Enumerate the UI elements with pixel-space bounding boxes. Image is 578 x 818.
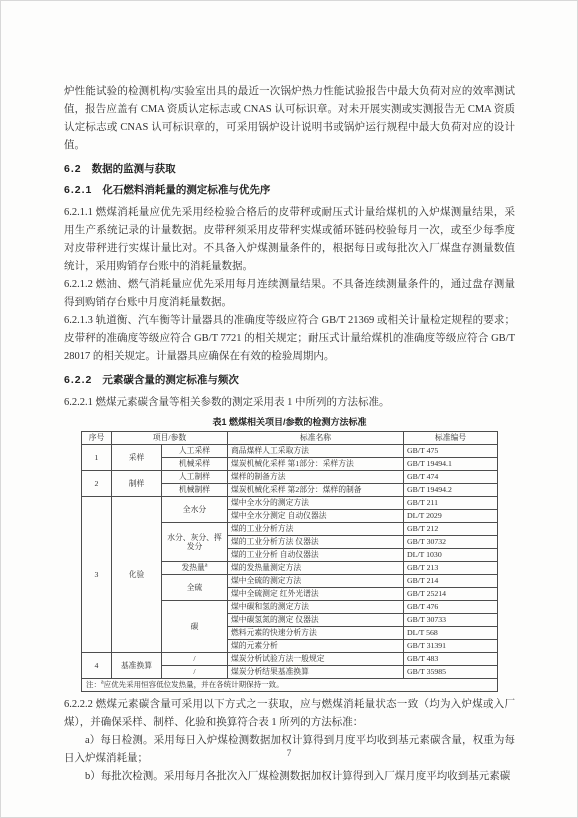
table-cell-std-name: 煤样的制备方法 — [228, 471, 404, 484]
table-cell-std-code: DL/T 568 — [404, 627, 498, 640]
table-cell-std-name: 煤的工业分析方法 仪器法 — [228, 536, 404, 549]
table-cell-std-name: 煤炭机械化采样 第2部分：煤样的制备 — [228, 484, 404, 497]
paragraph-6-2-1-1: 6.2.1.1 燃煤消耗量应优先采用经检验合格后的皮带秤或耐压式计量给煤机的入炉… — [64, 204, 515, 276]
table-cell-sub: 水分、灰分、挥发分 — [161, 523, 227, 562]
table-cell-std-code: GB/T 30733 — [404, 614, 498, 627]
table-cell-std-name: 商品煤样人工采取方法 — [228, 445, 404, 458]
table-cell-std-name: 燃料元素的快速分析方法 — [228, 627, 404, 640]
table-cell-std-code: GB/T 30732 — [404, 536, 498, 549]
page-content: 炉性能试验的检测机构/实验室出具的最近一次锅炉热力性能试验报告中最大负荷对应的效… — [64, 83, 515, 786]
table-cell-no: 3 — [81, 497, 111, 653]
intro-paragraph: 炉性能试验的检测机构/实验室出具的最近一次锅炉热力性能试验报告中最大负荷对应的效… — [64, 83, 515, 155]
table-cell-no: 4 — [81, 653, 111, 679]
table-cell-sub: / — [161, 653, 227, 666]
paragraph-6-2-2-1: 6.2.2.1 燃煤元素碳含量等相关参数的测定采用表 1 中所列的方法标准。 — [64, 394, 515, 412]
section-title: 化石燃料消耗量的测定标准与优先序 — [102, 183, 270, 197]
table-cell-std-code: GB/T 474 — [404, 471, 498, 484]
table-header-std-code: 标准编号 — [404, 432, 498, 445]
paragraph-6-2-1-2: 6.2.1.2 燃油、燃气消耗量应优先采用每月连续测量结果。不具备连续测量条件的… — [64, 276, 515, 312]
table-cell-no: 2 — [81, 471, 111, 497]
table-cell-item: 制样 — [111, 471, 161, 497]
table-cell-std-code: GB/T 19494.2 — [404, 484, 498, 497]
table-cell-std-code: DL/T 2029 — [404, 510, 498, 523]
table-cell-sub: 发热量a — [161, 562, 227, 575]
table-cell-std-name: 煤中碳和氢的测定方法 — [228, 601, 404, 614]
footnote-marker: a — [205, 562, 208, 568]
table-cell-std-code: GB/T 214 — [404, 575, 498, 588]
table-cell-std-name: 煤的发热量测定方法 — [228, 562, 404, 575]
table-cell-std-code: GB/T 475 — [404, 445, 498, 458]
table-cell-item: 化验 — [111, 497, 161, 653]
table-cell-sub: 人工制样 — [161, 471, 227, 484]
document-page: 炉性能试验的检测机构/实验室出具的最近一次锅炉热力性能试验报告中最大负荷对应的效… — [0, 0, 578, 818]
table-row: 4 基准换算 / 煤炭分析试验方法一般规定 GB/T 483 — [81, 653, 497, 666]
table-cell-std-code: GB/T 483 — [404, 653, 498, 666]
table-header-std-name: 标准名称 — [228, 432, 404, 445]
table-cell-std-name: 煤中全硫的测定方法 — [228, 575, 404, 588]
table-cell-sub: 碳 — [161, 601, 227, 653]
table-header-item: 项目/参数 — [111, 432, 227, 445]
paragraph-6-2-2-2: 6.2.2.2 燃煤元素碳含量可采用以下方式之一获取，应与燃煤消耗量状态一致（均… — [64, 696, 515, 732]
table-header-no: 序号 — [81, 432, 111, 445]
table-cell-std-code: GB/T 213 — [404, 562, 498, 575]
table-cell-std-code: GB/T 19494.1 — [404, 458, 498, 471]
table-cell-std-name: 煤中全水分测定 自动仪器法 — [228, 510, 404, 523]
table-cell-sub: / — [161, 666, 227, 679]
table-cell-std-code: GB/T 25214 — [404, 588, 498, 601]
section-number: 6.2.2 — [64, 373, 92, 387]
table-cell-std-name: 煤中碳氢氮的测定 仪器法 — [228, 614, 404, 627]
table-cell-std-name: 煤的工业分析 自动仪器法 — [228, 549, 404, 562]
section-heading-6-2-1: 6.2.1 化石燃料消耗量的测定标准与优先序 — [64, 183, 515, 197]
table-row: 3 化验 全水分 煤中全水分的测定方法 GB/T 211 — [81, 497, 497, 510]
table-note: 注：a应优先采用恒容低位发热量，并在各统计期保持一致。 — [81, 679, 497, 692]
table-cell-no: 1 — [81, 445, 111, 471]
table-cell-std-name: 煤中全水分的测定方法 — [228, 497, 404, 510]
table-cell-std-code: GB/T 31391 — [404, 640, 498, 653]
table-cell-sub: 机械采样 — [161, 458, 227, 471]
table-cell-sub: 全硫 — [161, 575, 227, 601]
section-number: 6.2 — [64, 162, 82, 176]
table-row: 2 制样 人工制样 煤样的制备方法 GB/T 474 — [81, 471, 497, 484]
table-cell-std-name: 煤中全硫测定 红外光谱法 — [228, 588, 404, 601]
table-cell-std-name: 煤的工业分析方法 — [228, 523, 404, 536]
table-row: 1 采样 人工采样 商品煤样人工采取方法 GB/T 475 — [81, 445, 497, 458]
standards-table: 序号 项目/参数 标准名称 标准编号 1 采样 人工采样 商品煤样人工采取方法 … — [81, 431, 498, 692]
section-number: 6.2.1 — [64, 183, 92, 197]
table-cell-std-code: GB/T 476 — [404, 601, 498, 614]
section-title: 数据的监测与获取 — [92, 162, 176, 176]
section-heading-6-2-2: 6.2.2 元素碳含量的测定标准与频次 — [64, 373, 515, 387]
table-cell-std-code: GB/T 211 — [404, 497, 498, 510]
paragraph-6-2-1-3: 6.2.1.3 轨道衡、汽车衡等计量器具的准确度等级应符合 GB/T 21369… — [64, 312, 515, 366]
table-cell-std-name: 煤的元素分析 — [228, 640, 404, 653]
table-cell-std-name: 煤炭机械化采样 第1部分：采样方法 — [228, 458, 404, 471]
table-note-row: 注：a应优先采用恒容低位发热量，并在各统计期保持一致。 — [81, 679, 497, 692]
section-title: 元素碳含量的测定标准与频次 — [102, 373, 239, 387]
table-header-row: 序号 项目/参数 标准名称 标准编号 — [81, 432, 497, 445]
table-cell-sub: 人工采样 — [161, 445, 227, 458]
table-cell-sub: 机械制样 — [161, 484, 227, 497]
page-number: 7 — [1, 749, 577, 759]
table-cell-std-name: 煤炭分析结果基准换算 — [228, 666, 404, 679]
table-cell-std-code: GB/T 212 — [404, 523, 498, 536]
table-caption: 表1 燃煤相关项目/参数的检测方法标准 — [64, 416, 515, 429]
table-cell-item: 基准换算 — [111, 653, 161, 679]
table-cell-std-code: DL/T 1030 — [404, 549, 498, 562]
table-cell-item: 采样 — [111, 445, 161, 471]
table-cell-std-code: GB/T 35985 — [404, 666, 498, 679]
table-cell-std-name: 煤炭分析试验方法一般规定 — [228, 653, 404, 666]
list-item-b: b）每批次检测。采用每月各批次入厂煤检测数据加权计算得到入厂煤月度平均收到基元素… — [64, 768, 515, 786]
table-cell-sub: 全水分 — [161, 497, 227, 523]
section-heading-6-2: 6.2 数据的监测与获取 — [64, 162, 515, 176]
